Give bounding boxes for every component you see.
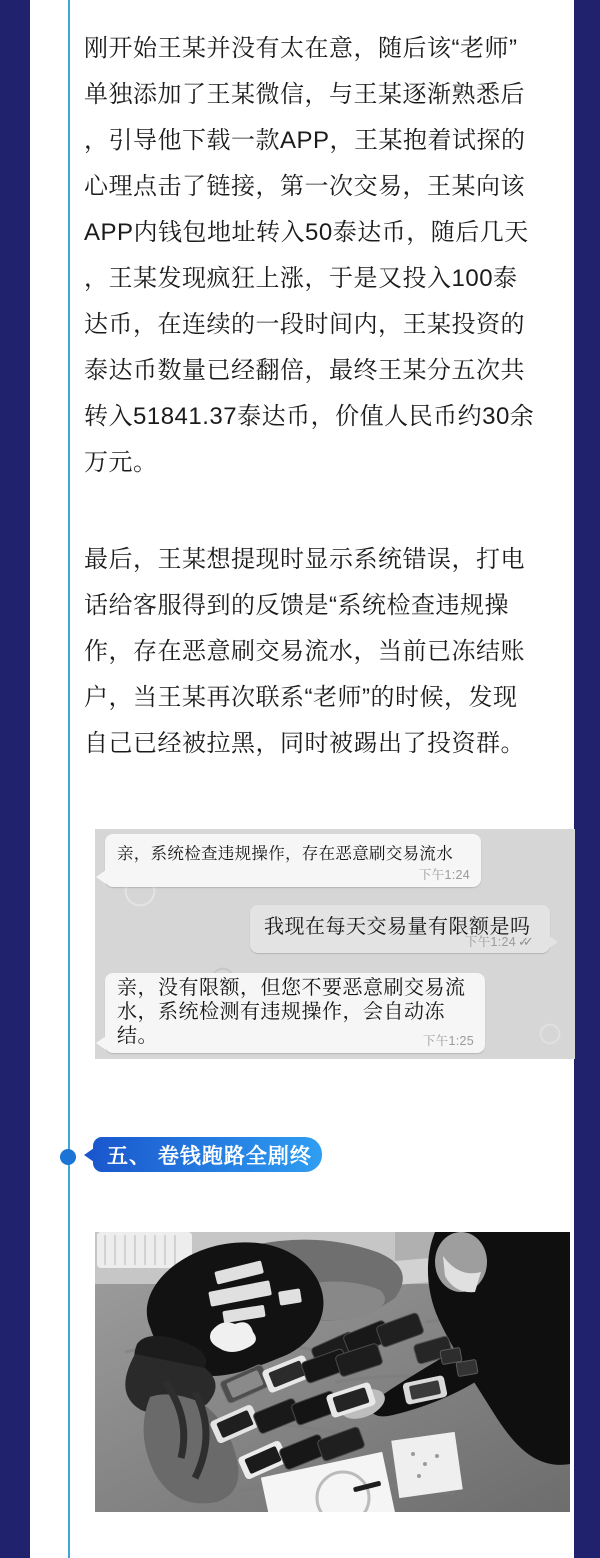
article-paragraph-1: 刚开始王某并没有太在意，随后该“老师” 单独添加了王某微信，与王某逐渐熟悉后 ，… [84,26,522,486]
paragraph-line: 转入51841.37泰达币，价值人民币约30余 [84,394,522,440]
paragraph-line: 单独添加了王某微信，与王某逐渐熟悉后 [84,72,522,118]
paragraph-line: 达币，在连续的一段时间内，王某投资的 [84,302,522,348]
double-check-icon: ✓✓ [518,934,540,950]
section-header-label: 五、 卷钱跑路全剧终 [107,1140,312,1170]
paragraph-line: 万元。 [84,440,522,486]
timeline-rule [68,0,70,1558]
chat-bubble-incoming: 亲，没有限额，但您不要恶意刷交易流水，系统检测有违规操作，会自动冻结。 下午1:… [105,973,485,1053]
paragraph-line: 心理点击了链接，第一次交易，王某向该 [84,164,522,210]
paragraph-line: 作，存在恶意刷交易流水，当前已冻结账 [84,629,522,675]
paragraph-line: 自己已经被拉黑，同时被踢出了投资群。 [84,721,522,767]
message-text: 亲，系统检查违规操作，存在恶意刷交易流水 [117,840,469,864]
article-paragraph-2: 最后，王某想提现时显示系统错误，打电 话给客服得到的反馈是“系统检查违规操 作，… [84,537,522,767]
paragraph-line: 最后，王某想提现时显示系统错误，打电 [84,537,522,583]
paragraph-line: APP内钱包地址转入50泰达币，随后几天 [84,210,522,256]
message-time: 下午1:25 [423,1031,474,1049]
section-header: 五、 卷钱跑路全剧终 [93,1137,322,1172]
article-page: 刚开始王某并没有太在意，随后该“老师” 单独添加了王某微信，与王某逐渐熟悉后 ，… [0,0,600,1558]
paragraph-line: 户，当王某再次联系“老师”的时候，发现 [84,675,522,721]
paragraph-line: ，引导他下载一款APP，王某抱着试探的 [84,118,522,164]
section-bullet-dot [60,1149,76,1165]
background-strip-right [574,0,600,1558]
background-strip-left [0,0,30,1558]
chat-bubble-outgoing: 我现在每天交易量有限额是吗 下午1:24 ✓✓ [250,905,550,953]
message-text: 亲，没有限额，但您不要恶意刷交易流水，系统检测有违规操作，会自动冻结。 [117,976,473,1048]
paragraph-line: 话给客服得到的反馈是“系统检查违规操 [84,583,522,629]
chat-bubble-incoming: 亲，系统检查违规操作，存在恶意刷交易流水 下午1:24 [105,834,481,887]
paragraph-line: ，王某发现疯狂上涨，于是又投入100泰 [84,256,522,302]
paragraph-line: 泰达币数量已经翻倍，最终王某分五次共 [84,348,522,394]
chat-screenshot: 亲，系统检查违规操作，存在恶意刷交易流水 下午1:24 我现在每天交易量有限额是… [95,829,575,1059]
message-time: 下午1:24 [419,865,470,883]
evidence-photo [95,1232,570,1512]
paragraph-line: 刚开始王某并没有太在意，随后该“老师” [84,26,522,72]
message-time: 下午1:24 [465,932,516,950]
